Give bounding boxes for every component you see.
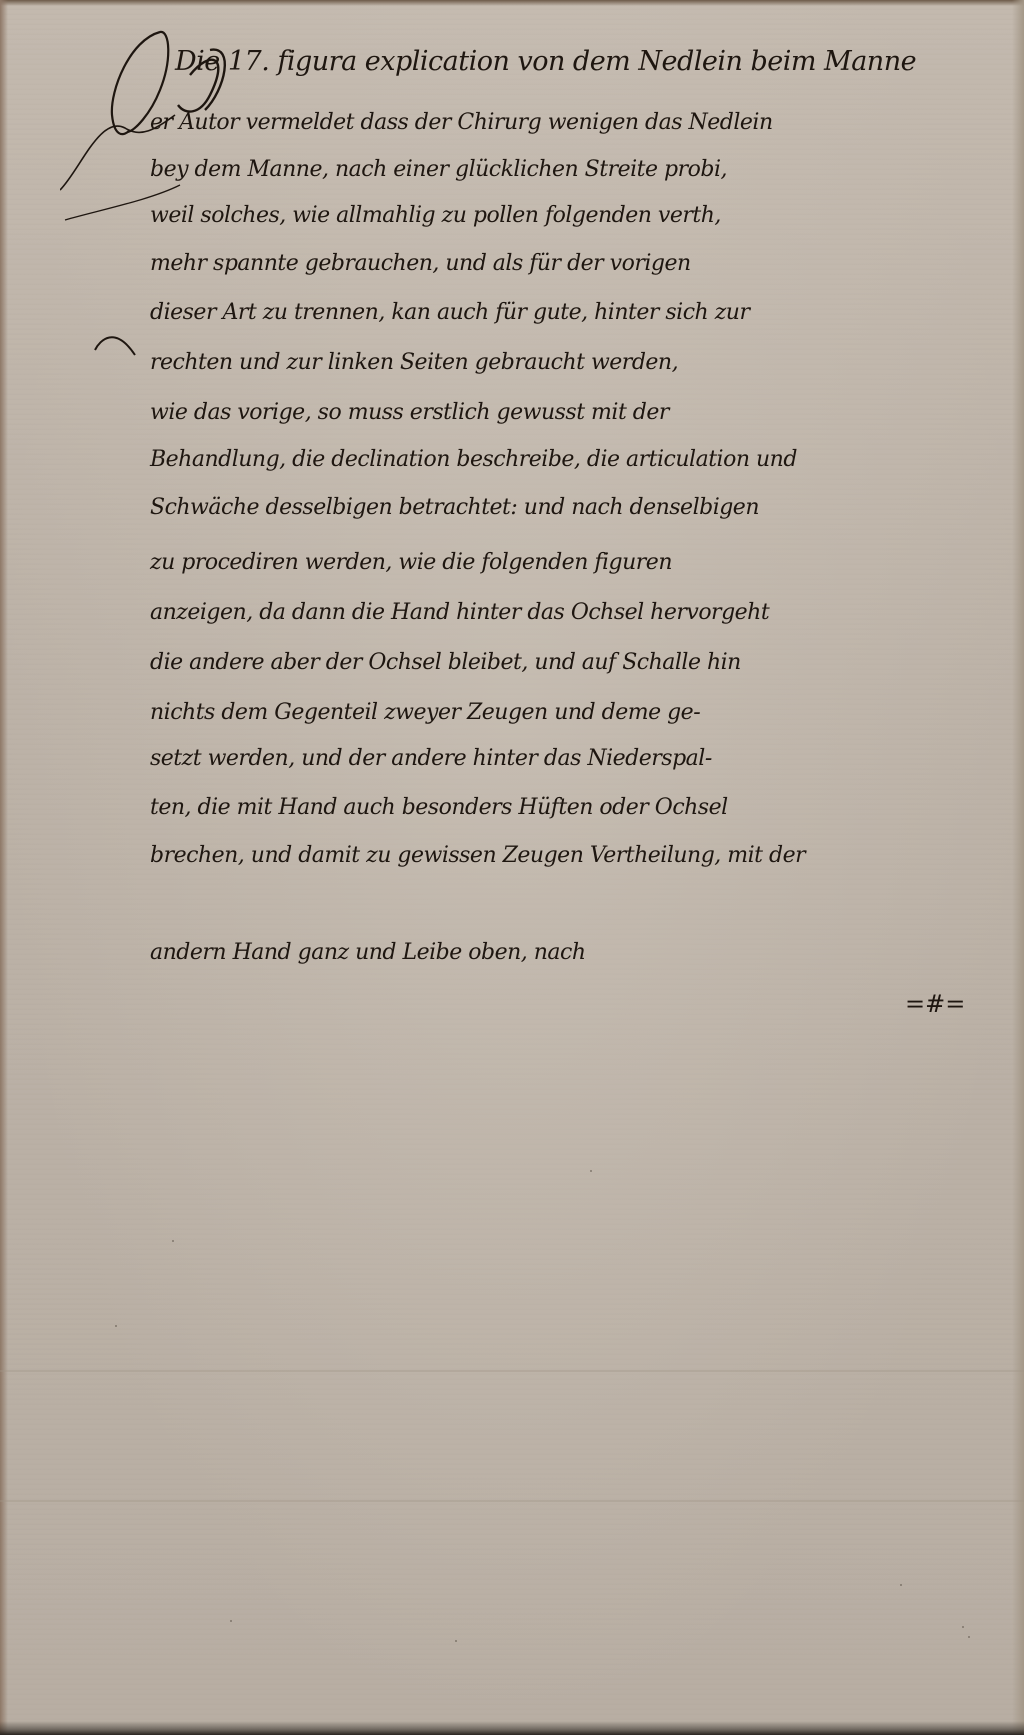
manuscript-line: setzt werden, und der andere hinter das … — [150, 746, 960, 771]
manuscript-line: er Autor vermeldet dass der Chirurg weni… — [150, 110, 960, 135]
paper-crease — [0, 1500, 1024, 1502]
paper-speck — [172, 1240, 174, 1242]
page-bottom-shadow — [0, 1721, 1024, 1735]
manuscript-line: brechen, und damit zu gewissen Zeugen Ve… — [150, 843, 960, 868]
manuscript-line: ten, die mit Hand auch besonders Hüften … — [150, 795, 960, 820]
paper-speck — [115, 1325, 117, 1327]
manuscript-heading: Die 17. figura explication von dem Nedle… — [175, 46, 985, 77]
manuscript-line: anzeigen, da dann die Hand hinter das Oc… — [150, 600, 960, 625]
manuscript-line: bey dem Manne, nach einer glücklichen St… — [150, 157, 960, 182]
manuscript-line: andern Hand ganz und Leibe oben, nach — [150, 940, 960, 965]
manuscript-line: rechten und zur linken Seiten gebraucht … — [150, 350, 960, 375]
manuscript-line: nichts dem Gegenteil zweyer Zeugen und d… — [150, 700, 960, 725]
paper-speck — [230, 1620, 232, 1622]
manuscript-line: zu procediren werden, wie die folgenden … — [150, 550, 960, 575]
page-binding-edge — [0, 0, 8, 1735]
paper-crease — [0, 1370, 1024, 1372]
paper-speck — [590, 1170, 592, 1172]
manuscript-line: weil solches, wie allmahlig zu pollen fo… — [150, 203, 960, 228]
manuscript-line: Schwäche desselbigen betrachtet: und nac… — [150, 495, 960, 520]
page-top-edge — [0, 0, 1024, 6]
paper-speck — [962, 1626, 964, 1628]
manuscript-line: dieser Art zu trennen, kan auch für gute… — [150, 300, 960, 325]
manuscript-page: Die 17. figura explication von dem Nedle… — [0, 0, 1024, 1735]
paper-speck — [900, 1584, 902, 1586]
manuscript-line: Behandlung, die declination beschreibe, … — [150, 447, 960, 472]
manuscript-line: mehr spannte gebrauchen, und als für der… — [150, 251, 960, 276]
end-of-section-mark: =#= — [905, 990, 965, 1018]
paper-speck — [968, 1636, 970, 1638]
manuscript-line: wie das vorige, so muss erstlich gewusst… — [150, 400, 960, 425]
manuscript-line: die andere aber der Ochsel bleibet, und … — [150, 650, 960, 675]
paper-speck — [455, 1640, 457, 1642]
page-right-edge — [1012, 0, 1024, 1735]
